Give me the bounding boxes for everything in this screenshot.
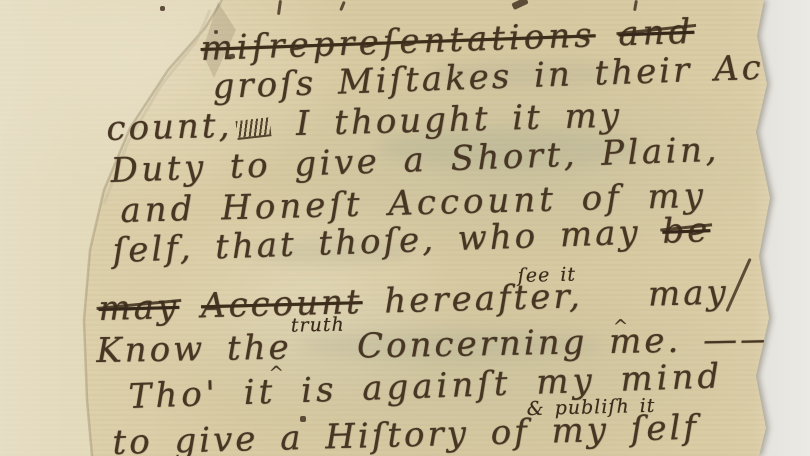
struck-text: and	[618, 12, 695, 55]
ink-fragment	[785, 0, 796, 26]
handwriting-layer: miſrepreſentations andgroſs Miſtakes in …	[0, 0, 810, 456]
text-segment: —— —	[681, 318, 810, 361]
manuscript-scan: miſrepreſentations andgroſs Miſtakes in …	[0, 0, 810, 456]
ink-fragment	[511, 0, 528, 10]
inserted-word: ſee it	[518, 265, 577, 286]
text-segment	[595, 14, 619, 55]
text-segment: may	[582, 272, 729, 316]
manuscript-page: miſrepreſentations andgroſs Miſtakes in …	[0, 0, 810, 456]
text-segment: count,	[106, 106, 233, 149]
ink-fragment	[277, 0, 282, 15]
ink-fragment	[214, 30, 218, 34]
ink-fragment	[339, 1, 346, 11]
struck-text: may	[98, 287, 180, 329]
page-wrapper: miſrepreſentations andgroſs Miſtakes in …	[0, 0, 810, 456]
manuscript-line: to give a Hiſtory of my ſelf& publiſh it	[112, 409, 699, 456]
inserted-word: & publiſh it	[527, 397, 656, 419]
ink-fragment	[725, 258, 751, 312]
text-segment	[179, 286, 202, 327]
ink-fragment	[633, 0, 638, 11]
struck-text: be	[662, 210, 711, 252]
text-segment: Know the	[96, 328, 292, 371]
scribbled-deletion	[235, 117, 271, 140]
ink-fragment	[300, 416, 306, 422]
ink-fragment	[160, 6, 165, 11]
inserted-word: truth	[291, 316, 345, 336]
